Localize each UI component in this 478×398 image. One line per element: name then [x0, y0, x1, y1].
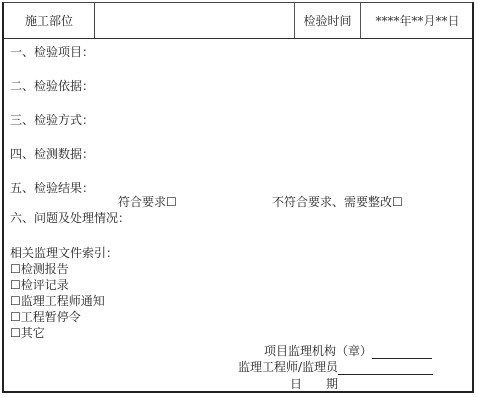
section-inspection-basis: 二、检验依据： — [10, 77, 94, 94]
inspection-form: 施工部位 检验时间 ****年**月**日 一、检验项目： 二、检验依据： 三、… — [2, 2, 474, 393]
result-pass-option[interactable]: 符合要求☐ — [118, 193, 177, 210]
signature-org-row: 项目监理机构（章） — [264, 342, 432, 359]
section-inspection-item: 一、检验项目： — [10, 43, 94, 60]
signature-date-row: 日 期 — [290, 375, 434, 392]
time-label-cell: 检验时间 — [295, 3, 361, 38]
date-label: 日 期 — [290, 375, 338, 392]
time-value-cell[interactable]: ****年**月**日 — [361, 3, 474, 38]
time-value[interactable]: ****年**月**日 — [375, 12, 459, 29]
location-label-cell: 施工部位 — [4, 3, 95, 38]
result-fail-option[interactable]: 不符合要求、需要整改☐ — [272, 193, 403, 210]
engineer-label: 监理工程师/监理员 — [238, 358, 338, 375]
reference-test-report[interactable]: ☐检测报告 — [10, 260, 69, 277]
reference-stop-order[interactable]: ☐工程暂停令 — [10, 308, 81, 325]
org-label: 项目监理机构（章） — [264, 342, 372, 359]
section-issues-handling: 六、问题及处理情况： — [10, 209, 130, 226]
location-label: 施工部位 — [25, 12, 73, 29]
date-signature-line[interactable] — [338, 379, 434, 392]
header-row: 施工部位 检验时间 ****年**月**日 — [4, 3, 472, 39]
section-inspection-method: 三、检验方式： — [10, 111, 94, 128]
section-inspection-result: 五、检验结果： — [10, 179, 94, 196]
signature-engineer-row: 监理工程师/监理员 — [238, 358, 433, 375]
time-label: 检验时间 — [303, 12, 351, 29]
location-value-cell[interactable] — [95, 3, 295, 38]
engineer-signature-line[interactable] — [338, 362, 433, 375]
reference-engineer-notice[interactable]: ☐监理工程师通知 — [10, 292, 105, 309]
reference-other[interactable]: ☐其它 — [10, 324, 45, 341]
references-title: 相关监理文件索引： — [10, 244, 118, 261]
reference-evaluation-record[interactable]: ☐检评记录 — [10, 276, 69, 293]
section-test-data: 四、检测数据： — [10, 145, 94, 162]
